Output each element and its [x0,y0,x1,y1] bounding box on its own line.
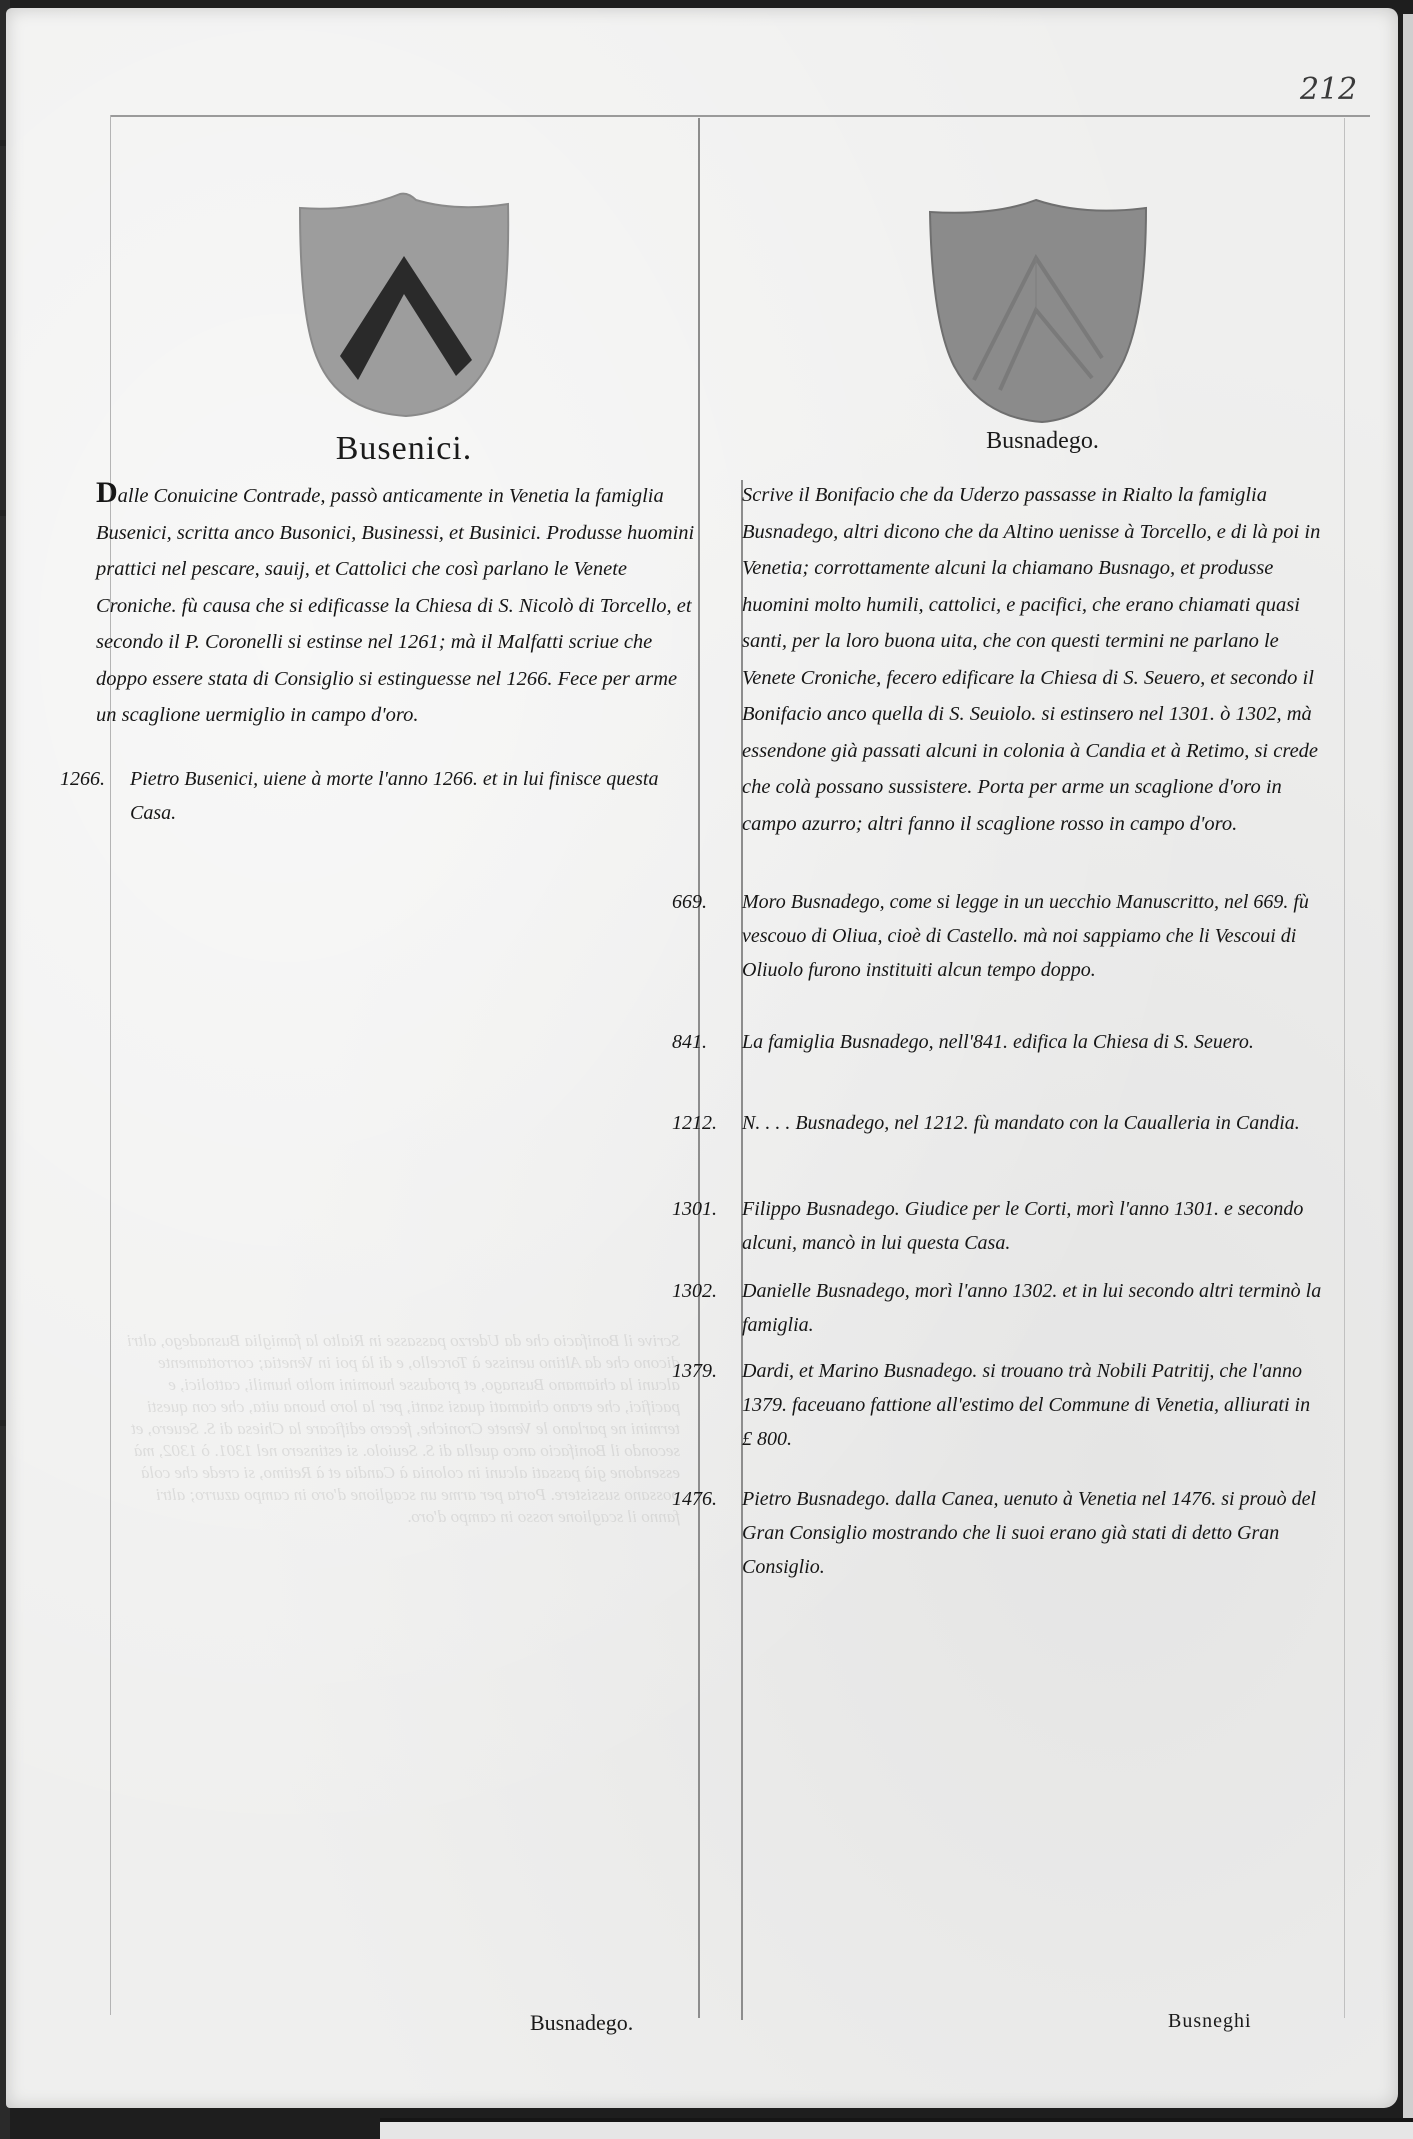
ruled-frame-right [1344,118,1345,2018]
folio-number: 212 [1300,72,1357,107]
entry-busnadego-1302: 1302. Danielle Busnadego, morì l'anno 13… [672,1274,1322,1342]
family-title-busnadego: Busnadego. [741,428,1344,455]
entry-year: 1302. [672,1274,742,1308]
entry-year: 1266. [60,762,130,796]
busnadego-description: Scrive il Bonifacio che da Uderzo passas… [742,477,1332,842]
entry-text: Danielle Busnadego, morì l'anno 1302. et… [742,1274,1322,1342]
ruled-frame-left [110,115,111,2015]
busenici-description: Dalle Conuicine Contrade, passò anticame… [96,475,696,734]
entry-busnadego-1301: 1301. Filippo Busnadego. Giudice per le … [672,1192,1322,1260]
entry-text: Dardi, et Marino Busnadego. si trouano t… [742,1354,1322,1456]
entry-year: 1379. [672,1354,742,1388]
entry-year: 1301. [672,1192,742,1226]
entry-busnadego-841: 841. La famiglia Busnadego, nell'841. ed… [672,1025,1322,1059]
entry-busnadego-1476: 1476. Pietro Busnadego. dalla Canea, uen… [672,1482,1322,1584]
catchword-right: Busneghi [1168,2010,1252,2033]
entry-text: Filippo Busnadego. Giudice per le Corti,… [742,1192,1322,1260]
coat-of-arms-busnadego [924,190,1150,424]
entry-busenici-1266: 1266. Pietro Busenici, uiene à morte l'a… [60,762,690,830]
entry-year: 669. [672,885,742,919]
entry-year: 1212. [672,1106,742,1140]
busenici-description-text: alle Conuicine Contrade, passò anticamen… [96,485,694,726]
next-page-edge [380,2118,1413,2139]
entry-text: Pietro Busnadego. dalla Canea, uenuto à … [742,1482,1322,1584]
entry-text: N. . . . Busnadego, nel 1212. fù mandato… [742,1106,1322,1140]
entry-text: La famiglia Busnadego, nell'841. edifica… [742,1025,1322,1059]
drop-cap: D [96,476,118,509]
entry-text: Moro Busnadego, come si legge in un uecc… [742,885,1322,987]
entry-year: 841. [672,1025,742,1059]
entry-busnadego-1379: 1379. Dardi, et Marino Busnadego. si tro… [672,1354,1322,1456]
show-through-text: Scrive il Bonifacio che da Uderzo passas… [120,1330,680,1610]
column-divider [698,118,700,2018]
entry-busnadego-1212: 1212. N. . . . Busnadego, nel 1212. fù m… [672,1106,1322,1140]
page-edge [1403,14,1413,2134]
entry-text: Pietro Busenici, uiene à morte l'anno 12… [130,762,690,830]
entry-year: 1476. [672,1482,742,1516]
family-title-busenici: Busenici. [110,430,698,468]
ruled-frame-top [110,115,1370,117]
coat-of-arms-busenici [296,190,512,418]
entry-busnadego-669: 669. Moro Busnadego, come si legge in un… [672,885,1322,987]
catchword-left: Busnadego. [530,2010,633,2036]
